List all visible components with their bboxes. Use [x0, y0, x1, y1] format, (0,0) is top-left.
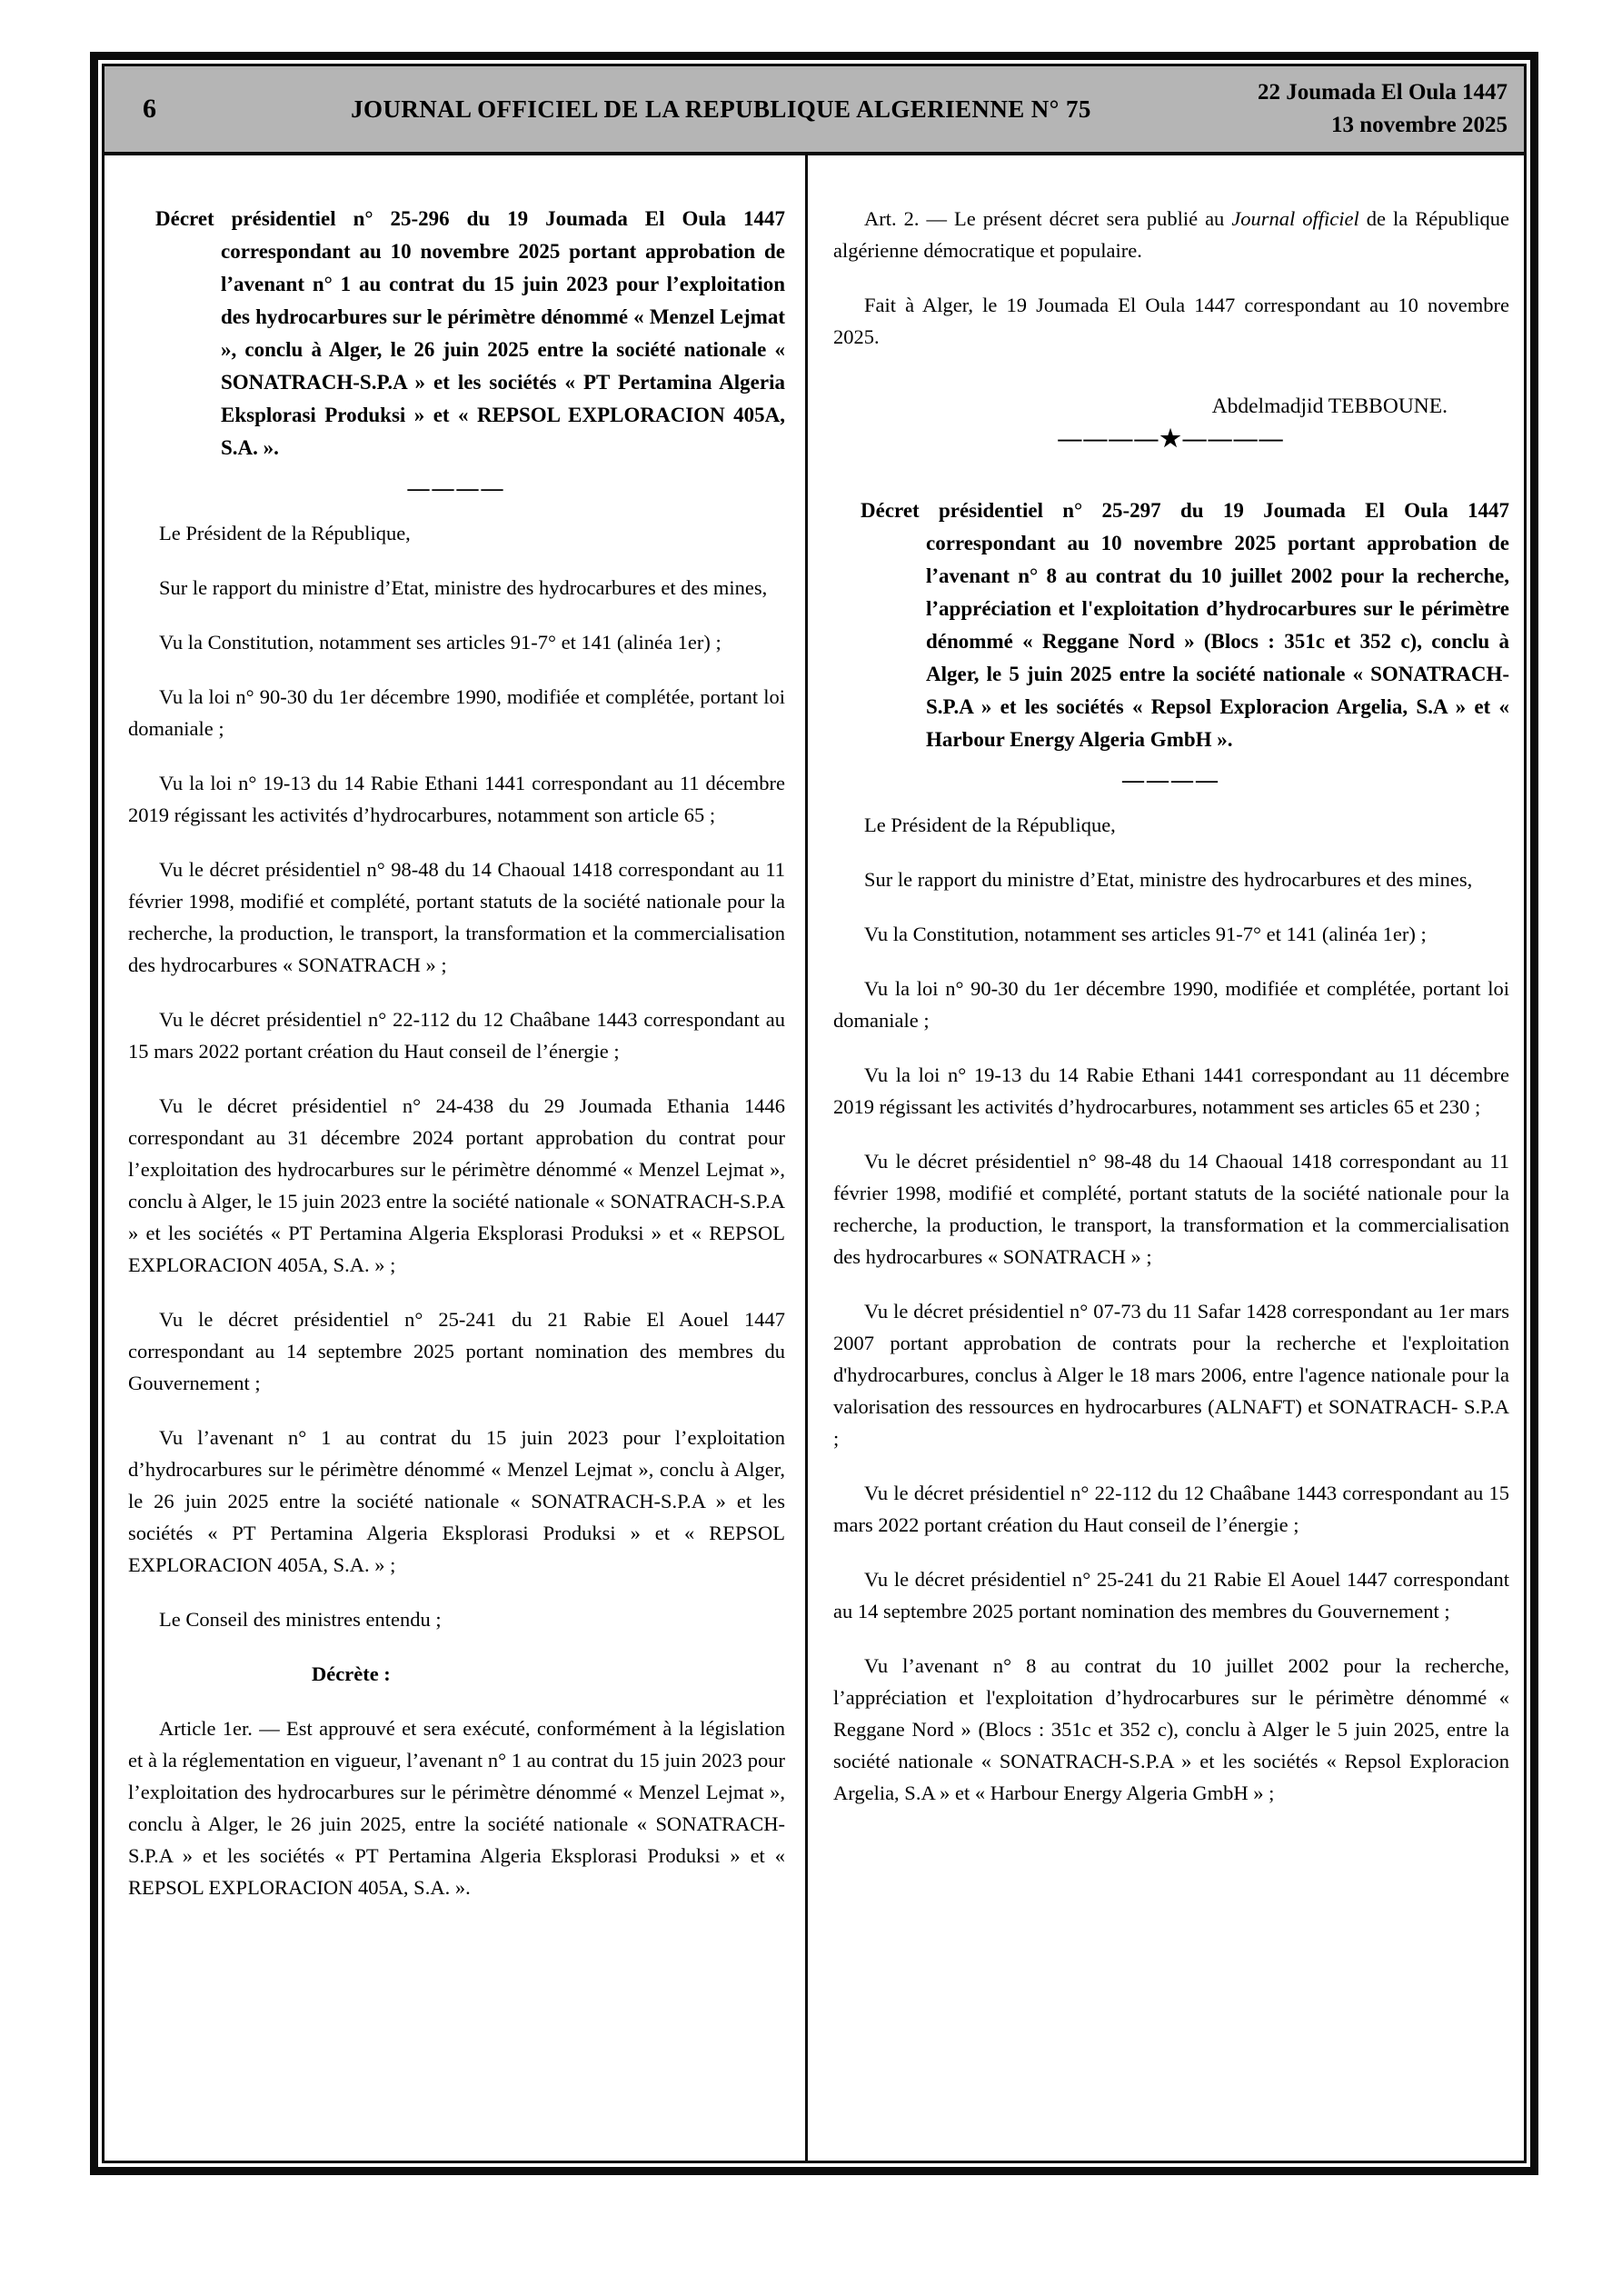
paragraph: Vu la Constitution, notamment ses articl…	[833, 918, 1509, 950]
paragraph: Vu la loi n° 19-13 du 14 Rabie Ethani 14…	[128, 767, 785, 831]
paragraph-article-2: Art. 2. — Le présent décret sera publié …	[833, 203, 1509, 266]
star-separator: ————★————	[833, 424, 1509, 454]
page-frame: 6 JOURNAL OFFICIEL DE LA REPUBLIQUE ALGE…	[90, 52, 1538, 2175]
date-gregorian: 13 novembre 2025	[1210, 109, 1508, 142]
right-column: Art. 2. — Le présent décret sera publié …	[805, 155, 1524, 2161]
paragraph: Vu la Constitution, notamment ses articl…	[128, 626, 785, 658]
paragraph: Vu le décret présidentiel n° 25-241 du 2…	[833, 1563, 1509, 1627]
paragraph: Vu le décret présidentiel n° 25-241 du 2…	[128, 1303, 785, 1399]
paragraph: Sur le rapport du ministre d’Etat, minis…	[833, 863, 1509, 895]
journal-title: JOURNAL OFFICIEL DE LA REPUBLIQUE ALGERI…	[232, 95, 1210, 124]
inner-frame: 6 JOURNAL OFFICIEL DE LA REPUBLIQUE ALGE…	[102, 64, 1527, 2163]
separator: ————	[833, 767, 1509, 794]
page-number: 6	[104, 94, 232, 125]
decree-heading-25-296: Décret présidentiel n° 25-296 du 19 Joum…	[128, 203, 785, 464]
header-dates: 22 Joumada El Oula 1447 13 novembre 2025	[1210, 76, 1524, 142]
paragraph: Vu la loi n° 19-13 du 14 Rabie Ethani 14…	[833, 1059, 1509, 1123]
paragraph: Vu la loi n° 90-30 du 1er décembre 1990,…	[128, 681, 785, 744]
paragraph: Vu le décret présidentiel n° 22-112 du 1…	[128, 1003, 785, 1067]
paragraph: Sur le rapport du ministre d’Etat, minis…	[128, 572, 785, 604]
two-column-layout: Décret présidentiel n° 25-296 du 19 Joum…	[104, 155, 1524, 2161]
date-hijri: 22 Joumada El Oula 1447	[1210, 76, 1508, 109]
paragraph: Vu le décret présidentiel n° 22-112 du 1…	[833, 1477, 1509, 1541]
decrete-label: Décrète :	[128, 1658, 785, 1690]
paragraph: Vu l’avenant n° 1 au contrat du 15 juin …	[128, 1422, 785, 1581]
article-2-text: Art. 2. — Le présent décret sera publié …	[864, 207, 1231, 230]
paragraph: Vu le décret présidentiel n° 07-73 du 11…	[833, 1295, 1509, 1454]
journal-officiel-italic: Journal officiel	[1231, 207, 1358, 230]
paragraph-article-1: Article 1er. — Est approuvé et sera exéc…	[128, 1712, 785, 1903]
paragraph: Vu le décret présidentiel n° 98-48 du 14…	[833, 1145, 1509, 1273]
paragraph: Vu la loi n° 90-30 du 1er décembre 1990,…	[833, 973, 1509, 1036]
paragraph: Le Président de la République,	[128, 517, 785, 549]
paragraph: Le Président de la République,	[833, 809, 1509, 841]
left-column: Décret présidentiel n° 25-296 du 19 Joum…	[104, 155, 805, 2161]
paragraph: Vu le décret présidentiel n° 98-48 du 14…	[128, 854, 785, 981]
separator: ————	[128, 475, 785, 503]
decree-heading-25-297: Décret présidentiel n° 25-297 du 19 Joum…	[833, 494, 1509, 756]
paragraph-fait-a-alger: Fait à Alger, le 19 Joumada El Oula 1447…	[833, 289, 1509, 353]
paragraph: Vu l’avenant n° 8 au contrat du 10 juill…	[833, 1650, 1509, 1809]
signature-tebboune: Abdelmadjid TEBBOUNE.	[833, 391, 1509, 422]
paragraph: Le Conseil des ministres entendu ;	[128, 1603, 785, 1635]
header-band: 6 JOURNAL OFFICIEL DE LA REPUBLIQUE ALGE…	[104, 66, 1524, 155]
paragraph: Vu le décret présidentiel n° 24-438 du 2…	[128, 1090, 785, 1281]
